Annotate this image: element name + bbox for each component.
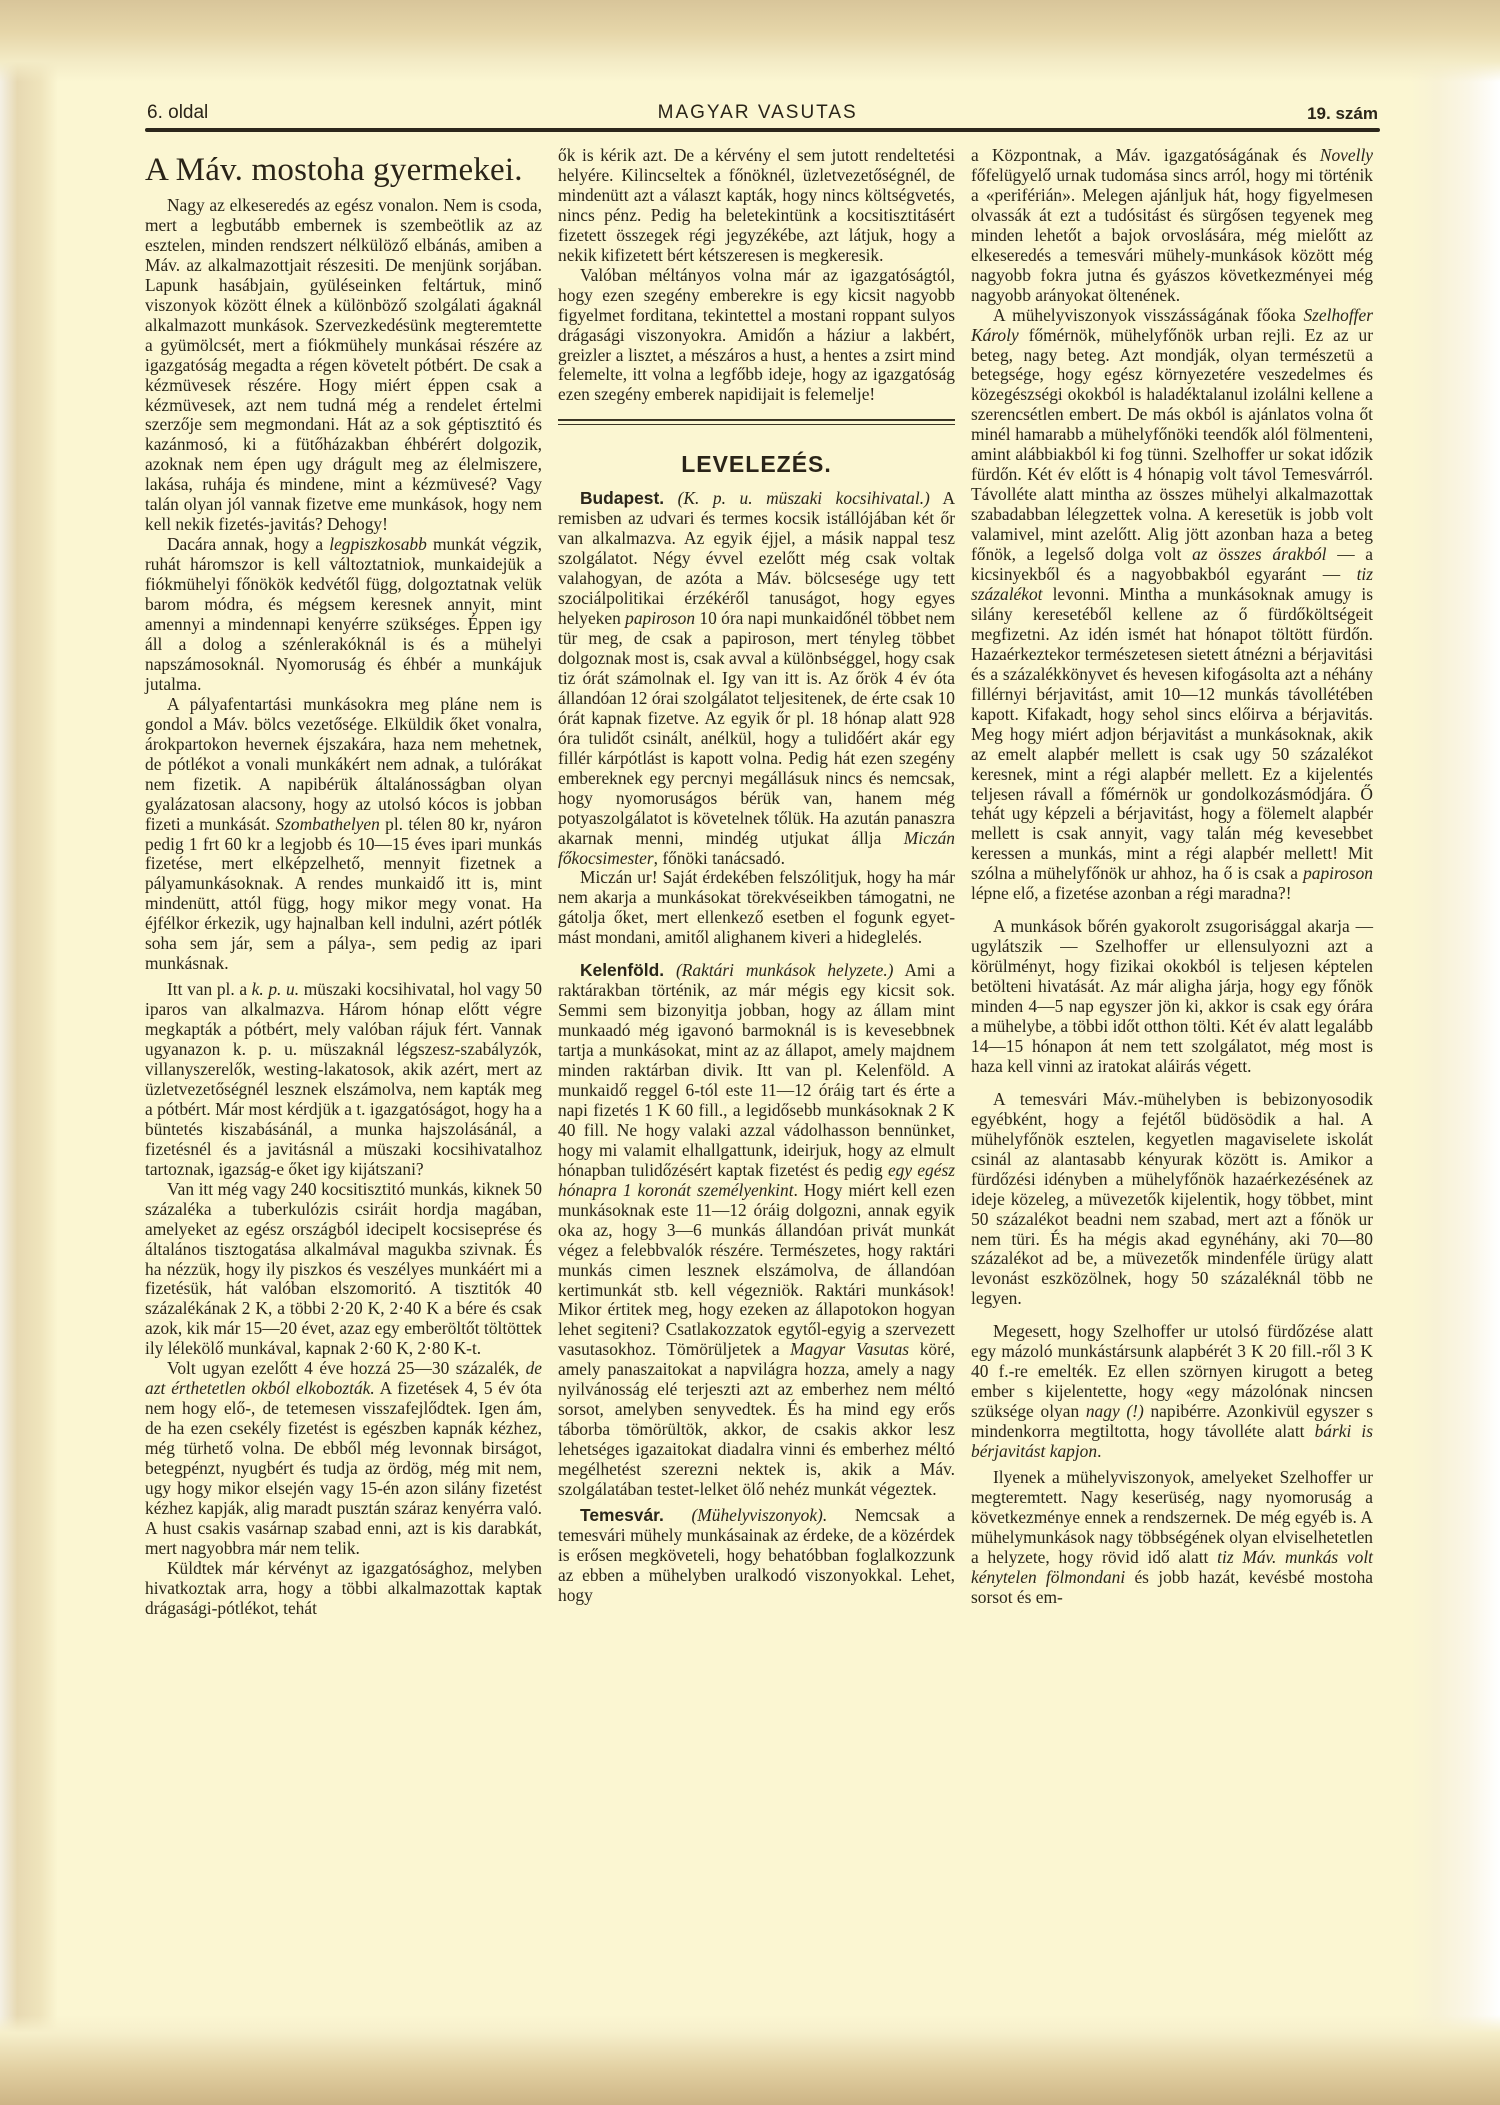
letter-paragraph: A temesvári Máv.-mühelyben is bebizonyos…: [971, 1090, 1373, 1309]
paper-edge-right: [1410, 0, 1500, 2105]
letter-place: Budapest.: [580, 488, 664, 508]
issue-number: 19. szám: [1307, 104, 1378, 124]
letter-subtitle: (Raktári munkások helyzete.): [676, 960, 893, 980]
header-rule: [145, 128, 1380, 132]
letter-budapest: Budapest. (K. p. u. müszaki kocsihivatal…: [558, 489, 955, 868]
letter-paragraph-continued: a Központnak, a Máv. igazgatóságának és …: [971, 146, 1373, 306]
letter-place: Temesvár.: [580, 1505, 664, 1525]
newspaper-page: 6. oldal MAGYAR VASUTAS 19. szám A Máv. …: [145, 98, 1380, 2046]
letter-kelenfold: Kelenföld. (Raktári munkások helyzete.) …: [558, 961, 955, 1500]
letter-paragraph: A munkások bőrén gyakorolt zsugorisággal…: [971, 917, 1373, 1077]
column-2: ők is kérik azt. De a kérvény el sem jut…: [558, 146, 955, 1606]
column-1: A Máv. mostoha gyermekei. Nagy az elkese…: [145, 146, 542, 1619]
article-paragraph: Valóban méltányos volna már az igazgatós…: [558, 266, 955, 406]
letter-subtitle: (Mühelyviszonyok).: [691, 1505, 827, 1525]
letter-paragraph: Megesett, hogy Szelhoffer ur utolsó fürd…: [971, 1322, 1373, 1462]
paper-edge-top: [0, 0, 1500, 82]
column-3: a Központnak, a Máv. igazgatóságának és …: [971, 146, 1373, 1608]
article-paragraph: Dacára annak, hogy a legpiszkosabb munká…: [145, 535, 542, 695]
letter-paragraph: A mühelyviszonyok visszásságának főoka S…: [971, 306, 1373, 905]
letter-subtitle: (K. p. u. müszaki kocsihivatal.): [678, 488, 930, 508]
newspaper-title: MAGYAR VASUTAS: [658, 102, 858, 124]
letter-place: Kelenföld.: [580, 960, 664, 980]
article-paragraph: A pályafentartási munkásokra meg pláne n…: [145, 695, 542, 974]
letter-paragraph: Ilyenek a mühelyviszonyok, amelyeket Sze…: [971, 1468, 1373, 1608]
article-paragraph: Volt ugyan ezelőtt 4 éve hozzá 25—30 szá…: [145, 1359, 542, 1559]
article-headline: A Máv. mostoha gyermekei.: [145, 150, 542, 190]
section-divider: [558, 419, 955, 425]
page-number: 6. oldal: [147, 102, 208, 124]
article-paragraph: Van itt még vagy 240 kocsitisztitó munká…: [145, 1180, 542, 1360]
article-paragraph: Itt van pl. a k. p. u. müszaki kocsihiva…: [145, 980, 542, 1180]
letter-temesvar: Temesvár. (Mühelyviszonyok). Nemcsak a t…: [558, 1506, 955, 1606]
section-title-correspondence: LEVELEZÉS.: [558, 455, 955, 475]
letter-paragraph: Miczán ur! Saját érdekében felszólitjuk,…: [558, 868, 955, 948]
article-paragraph: Nagy az elkeseredés az egész vonalon. Ne…: [145, 196, 542, 535]
article-paragraph: Küldtek már kérvényt az igazgatósághoz, …: [145, 1559, 542, 1619]
article-paragraph-continued: ők is kérik azt. De a kérvény el sem jut…: [558, 146, 955, 266]
running-header: 6. oldal MAGYAR VASUTAS 19. szám: [145, 98, 1380, 124]
text-columns: A Máv. mostoha gyermekei. Nagy az elkese…: [145, 146, 1380, 2046]
scan-margin: [0, 0, 40, 2105]
